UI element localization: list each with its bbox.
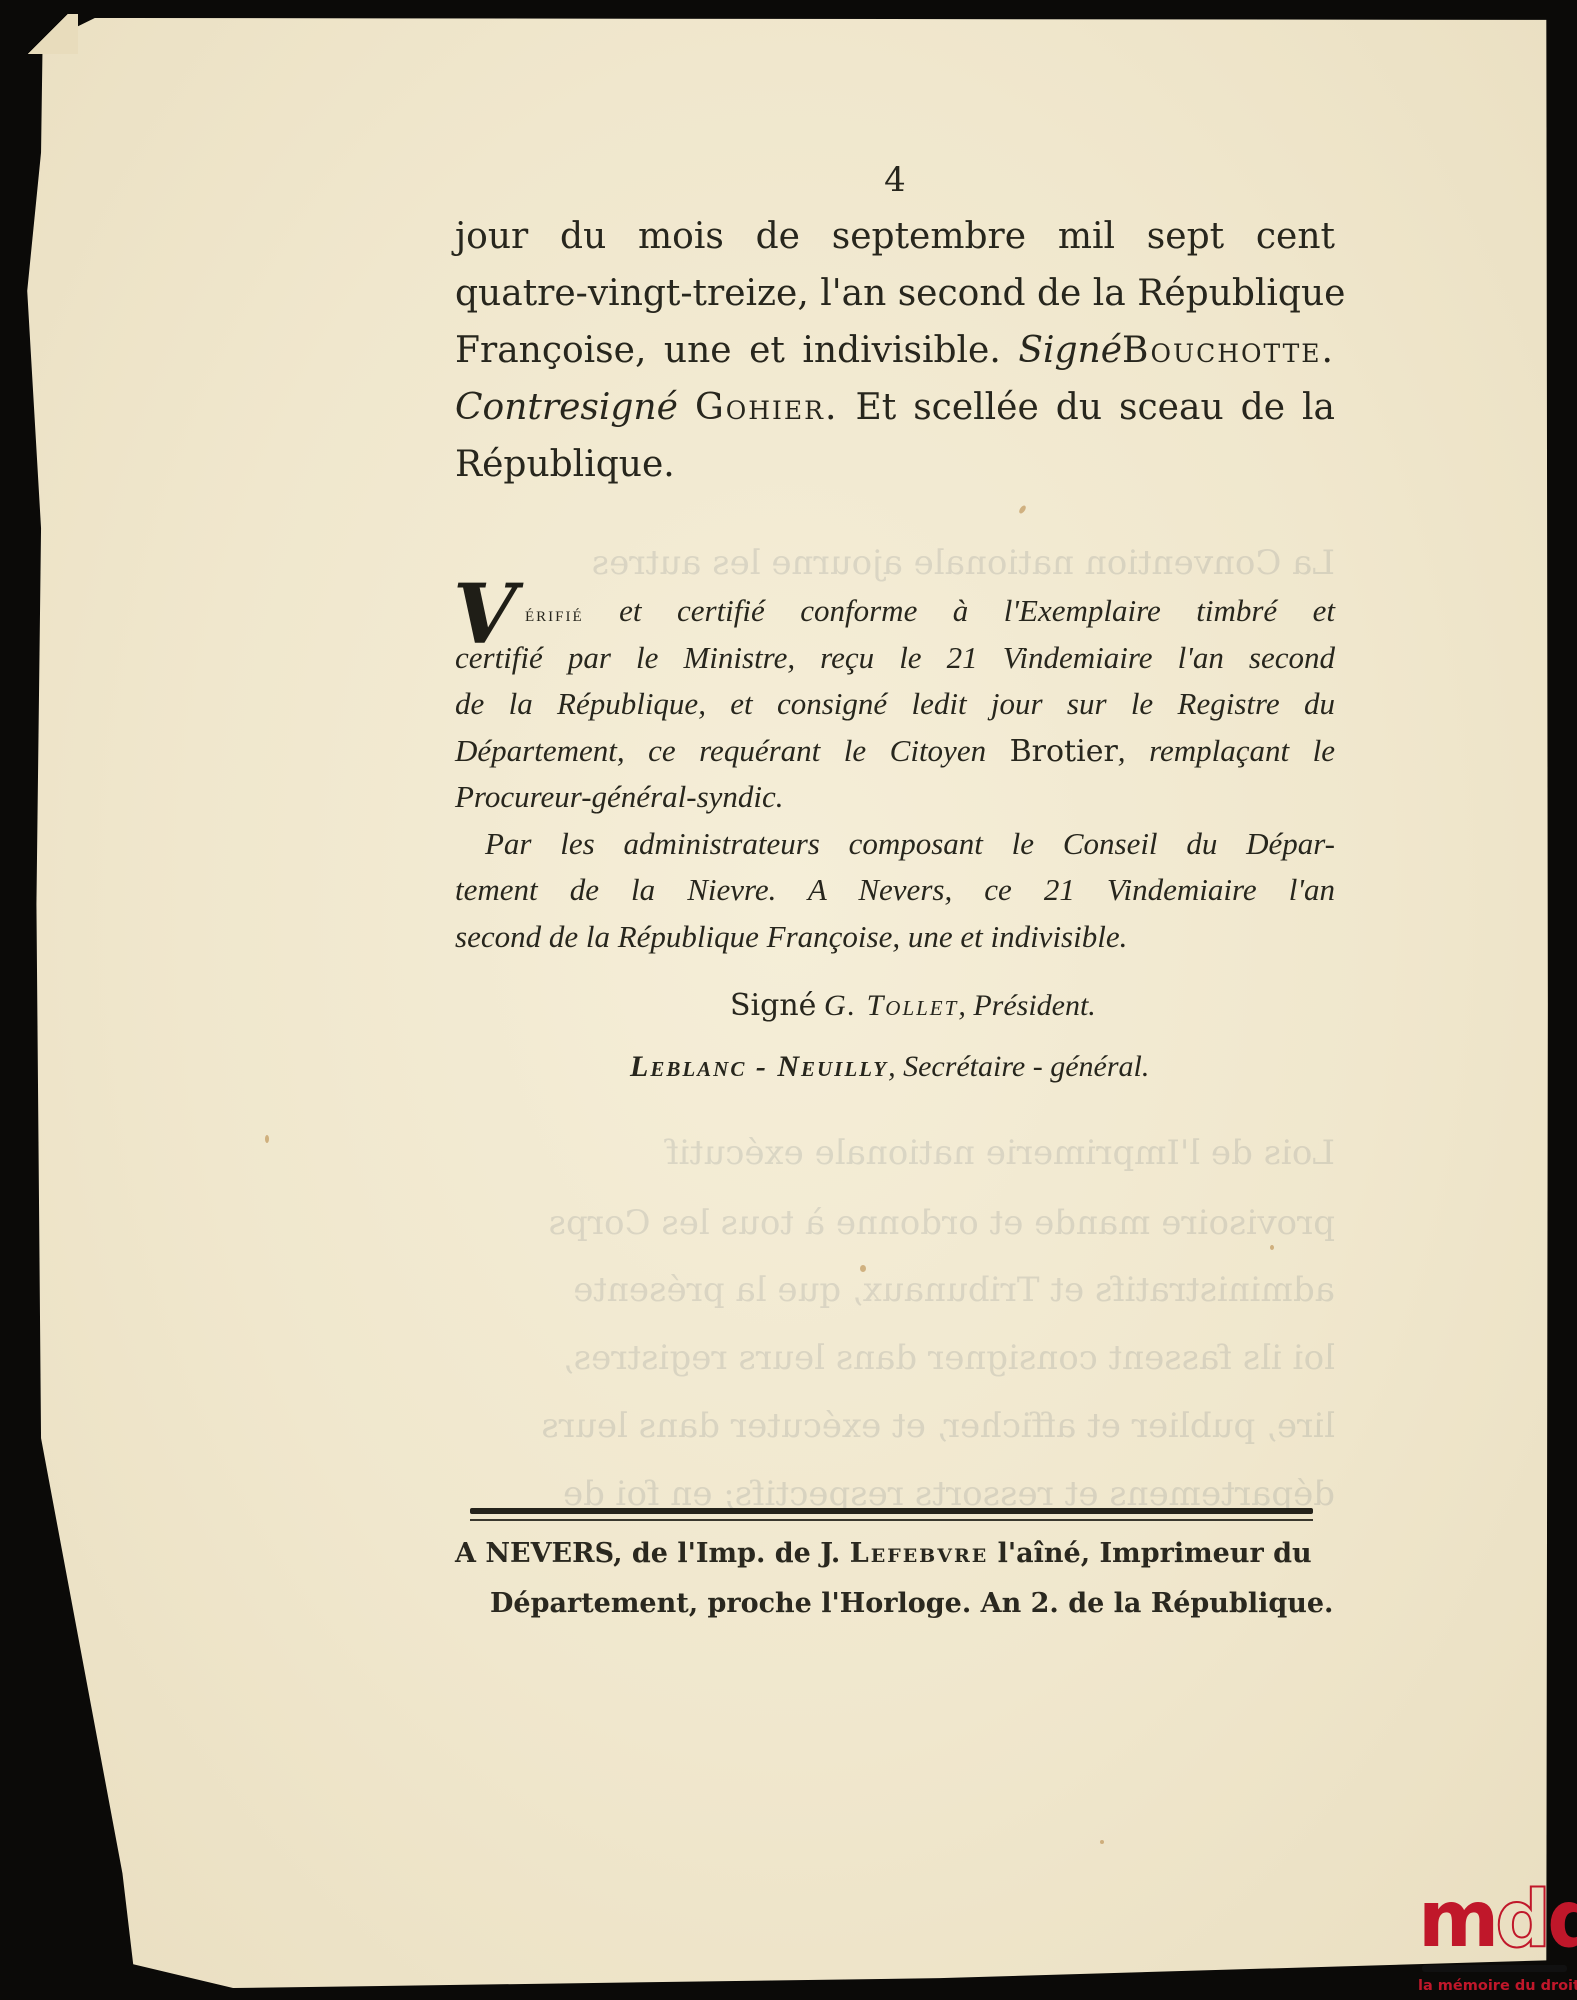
bleed-through-line: provisoire mande et ordonne à tous les C… bbox=[455, 1195, 1335, 1251]
logo-tagline: la mémoire du droit bbox=[1418, 1978, 1577, 1994]
text-line: certifié par le Ministre, reçu le 21 Vin… bbox=[455, 635, 1335, 682]
countersigned-label: Contresigné bbox=[455, 387, 678, 428]
text-line: tement de la Nievre. A Nevers, ce 21 Vin… bbox=[455, 867, 1335, 914]
bleed-through-line: lire, publier et afficher, et exécuter d… bbox=[455, 1398, 1335, 1454]
paper-speck bbox=[265, 1135, 269, 1143]
certification-paragraph: V érifié et certifié conforme à l'Exempl… bbox=[455, 588, 1335, 960]
text-line: de la République, et consigné ledit jour… bbox=[455, 681, 1335, 728]
text-line: Françoise, une et indivisible. SignéBouc… bbox=[455, 322, 1335, 379]
text-line: jour du mois de septembre mil sept cent bbox=[455, 208, 1335, 265]
signatory-name: Bouchotte. bbox=[1122, 330, 1335, 371]
signed-label: Signé bbox=[1018, 330, 1122, 371]
text-line: Contresigné Gohier. Et scellée du sceau … bbox=[455, 379, 1335, 436]
double-rule-thin bbox=[470, 1519, 1313, 1521]
text-line: Département, ce requérant le Citoyen Bro… bbox=[455, 728, 1335, 775]
text-line: République. bbox=[455, 436, 1335, 493]
text-line: second de la République Françoise, une e… bbox=[455, 914, 1335, 961]
drop-cap: V bbox=[453, 574, 517, 656]
printer-name: Lefebvre bbox=[850, 1538, 989, 1569]
citizen-name: Brotier bbox=[1010, 734, 1118, 769]
folded-corner bbox=[18, 14, 78, 54]
secretary-signature: Leblanc - Neuilly, Secrétaire - général. bbox=[630, 1050, 1149, 1084]
main-paragraph: jour du mois de septembre mil sept cent … bbox=[455, 208, 1335, 493]
paper-speck bbox=[1100, 1840, 1104, 1844]
text-line: Par les administrateurs composant le Con… bbox=[455, 821, 1335, 868]
logo-bar bbox=[1422, 1965, 1567, 1972]
bleed-through-line: loi ils fassent consigner dans leurs reg… bbox=[455, 1330, 1335, 1386]
text-line: érifié et certifié conforme à l'Exemplai… bbox=[455, 588, 1335, 635]
president-name: G. Tollet bbox=[824, 989, 958, 1022]
double-rule-thick bbox=[470, 1508, 1313, 1514]
logo-mark: mdd bbox=[1418, 1880, 1577, 1960]
secretary-name: Leblanc - Neuilly bbox=[630, 1050, 888, 1083]
bleed-through-line: Lois de l'Imprimerie nationale exécutif bbox=[455, 1125, 1335, 1181]
imprint-line-1: A NEVERS, de l'Imp. de J. Lefebvre l'aîn… bbox=[455, 1538, 1315, 1569]
mdd-logo: mdd la mémoire du droit bbox=[1418, 1880, 1570, 2000]
bleed-through-line: administratifs et Tribunaux, que la prés… bbox=[455, 1262, 1335, 1318]
text-line: quatre-vingt-treize, l'an second de la R… bbox=[455, 265, 1335, 322]
text-line: Procureur-général-syndic. bbox=[455, 774, 1335, 821]
page-number: 4 bbox=[855, 160, 935, 200]
imprint-line-2: Département, proche l'Horloge. An 2. de … bbox=[490, 1588, 1350, 1619]
president-signature: Signé G. Tollet, Président. bbox=[730, 988, 1096, 1023]
bleed-through-line: La Convention nationale ajourne les autr… bbox=[455, 535, 1335, 591]
countersignatory-name: Gohier. bbox=[695, 387, 838, 428]
